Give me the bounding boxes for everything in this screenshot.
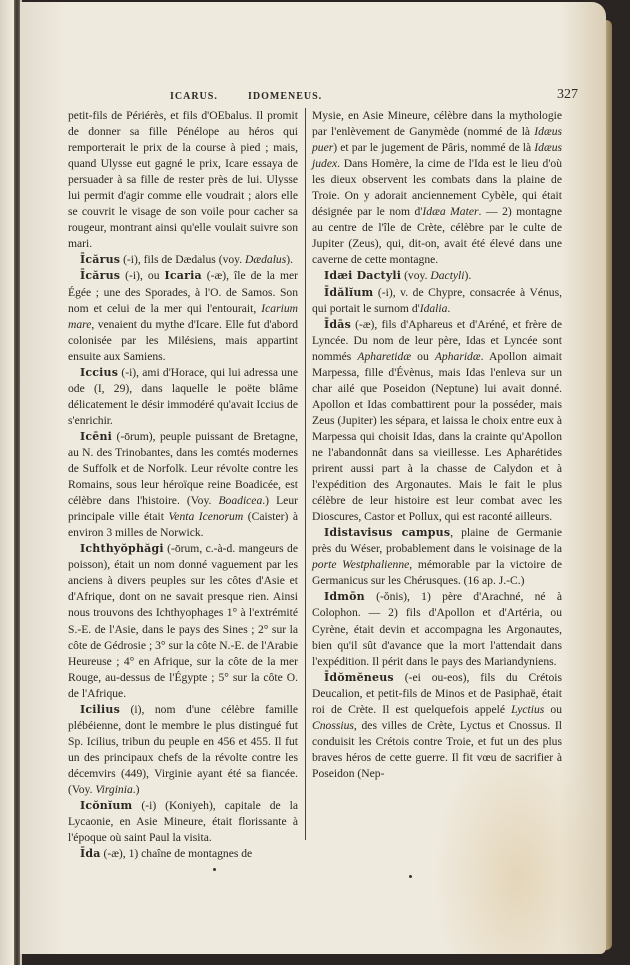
paper-speck (409, 875, 412, 878)
headword: Īcărus (80, 253, 120, 266)
entry-text: .) (133, 783, 140, 796)
dictionary-entry: Icŏnĭum (-i) (Koniyeh), capitale de la L… (68, 798, 298, 846)
headword: Īdās (324, 318, 351, 331)
italic-term: Lyctius (511, 703, 544, 716)
entry-text: ou (544, 703, 562, 716)
headword: Iccius (80, 366, 118, 379)
entry-text: petit-fils de Périérès, et fils d'OEbalu… (68, 109, 298, 250)
headword: Icŏnĭum (80, 799, 132, 812)
headword: Īcărus (80, 269, 120, 282)
cross-reference: Dædalus (245, 253, 286, 266)
italic-term: Apharidæ (435, 350, 481, 363)
entry-text: . Apollon aimait Marpessa, fille d'Évènu… (312, 350, 562, 523)
dictionary-entry: Īdās (-æ), fils d'Aphareus et d'Aréné, e… (312, 317, 562, 526)
dictionary-entry: Ichthyŏphăgi (-ōrum, c.-à-d. mangeurs de… (68, 541, 298, 701)
entry-text: (voy. (401, 269, 430, 282)
headword: Icilius (80, 703, 120, 716)
dictionary-entry: Iccius (-i), ami d'Horace, qui lui adres… (68, 365, 298, 429)
dictionary-entry: Idistavisus campus, plaine de Germanie p… (312, 525, 562, 589)
italic-term: Cnossius (312, 719, 354, 732)
cross-reference: Boadicea (218, 494, 262, 507)
entry-text: (-i), fils de Dædalus (voy. (120, 253, 245, 266)
headword: Idmōn (324, 590, 365, 603)
entry-text: (-æ), 1) chaîne de montagnes de (101, 847, 253, 860)
dictionary-entry: Icēni (-ōrum), peuple puissant de Bretag… (68, 429, 298, 541)
running-header: ICARUS. IDOMENEUS. 327 (70, 87, 570, 107)
page-number: 327 (557, 87, 578, 103)
entry-text: ou (411, 350, 435, 363)
headword: Idæi Dactyli (324, 269, 401, 282)
dictionary-entry: Icilius (i), nom d'une célèbre famille p… (68, 702, 298, 798)
dictionary-entry: Mysie, en Asie Mineure, célèbre dans la … (312, 108, 562, 268)
italic-term: Idæa Mater (422, 205, 478, 218)
entry-text: (i), nom d'une célèbre famille plébéienn… (68, 703, 298, 796)
italic-term: porte Westphalienne (312, 558, 409, 571)
column-divider (305, 108, 306, 840)
italic-term: Venta Icenorum (169, 510, 244, 523)
paper-speck (213, 868, 216, 871)
entry-text: Mysie, en Asie Mineure, célèbre dans la … (312, 109, 562, 138)
entry-text: (-i), ou (120, 269, 164, 282)
dictionary-entry: Īcărus (-i), ou Icaria (-æ), île de la m… (68, 268, 298, 364)
headword-variant: Icaria (165, 269, 202, 282)
entry-text: , venaient du mythe d'Icare. Elle fut d'… (68, 318, 298, 363)
left-column: petit-fils de Périérès, et fils d'OEbalu… (68, 108, 298, 862)
dictionary-entry: petit-fils de Périérès, et fils d'OEbalu… (68, 108, 298, 252)
right-column: Mysie, en Asie Mineure, célèbre dans la … (312, 108, 562, 782)
dictionary-entry: Idæi Dactyli (voy. Dactyli). (312, 268, 562, 284)
dictionary-entry: Īcărus (-i), fils de Dædalus (voy. Dædal… (68, 252, 298, 268)
headword: Īdălĭum (324, 286, 373, 299)
headword: Īdŏmĕneus (324, 671, 394, 684)
italic-term: Apharetidæ (357, 350, 411, 363)
dictionary-entry: Idmōn (-ŏnis), 1) père d'Arachné, né à C… (312, 589, 562, 669)
entry-text: ). (465, 269, 472, 282)
entry-text: ). (286, 253, 293, 266)
headword: Icēni (80, 430, 112, 443)
headword: Idistavisus campus (324, 526, 450, 539)
cross-reference: Dactyli (430, 269, 464, 282)
right-running-title: IDOMENEUS. (248, 91, 322, 102)
headword: Īda (80, 847, 101, 860)
entry-text: (-ōrum, c.-à-d. mangeurs de poisson), ét… (68, 542, 298, 699)
left-running-title: ICARUS. (170, 91, 218, 102)
headword: Ichthyŏphăgi (80, 542, 164, 555)
entry-text: . (447, 302, 450, 315)
italic-term: Idalia (420, 302, 448, 315)
entry-text: ) et par le jugement de Pâris, nommé de … (333, 141, 534, 154)
dictionary-entry: Īdŏmĕneus (-ei ou-eos), fils du Crétois … (312, 670, 562, 782)
cross-reference: Virginia (95, 783, 132, 796)
dictionary-entry: Īda (-æ), 1) chaîne de montagnes de (68, 846, 298, 862)
dictionary-entry: Īdălĭum (-i), v. de Chypre, consacrée à … (312, 285, 562, 317)
